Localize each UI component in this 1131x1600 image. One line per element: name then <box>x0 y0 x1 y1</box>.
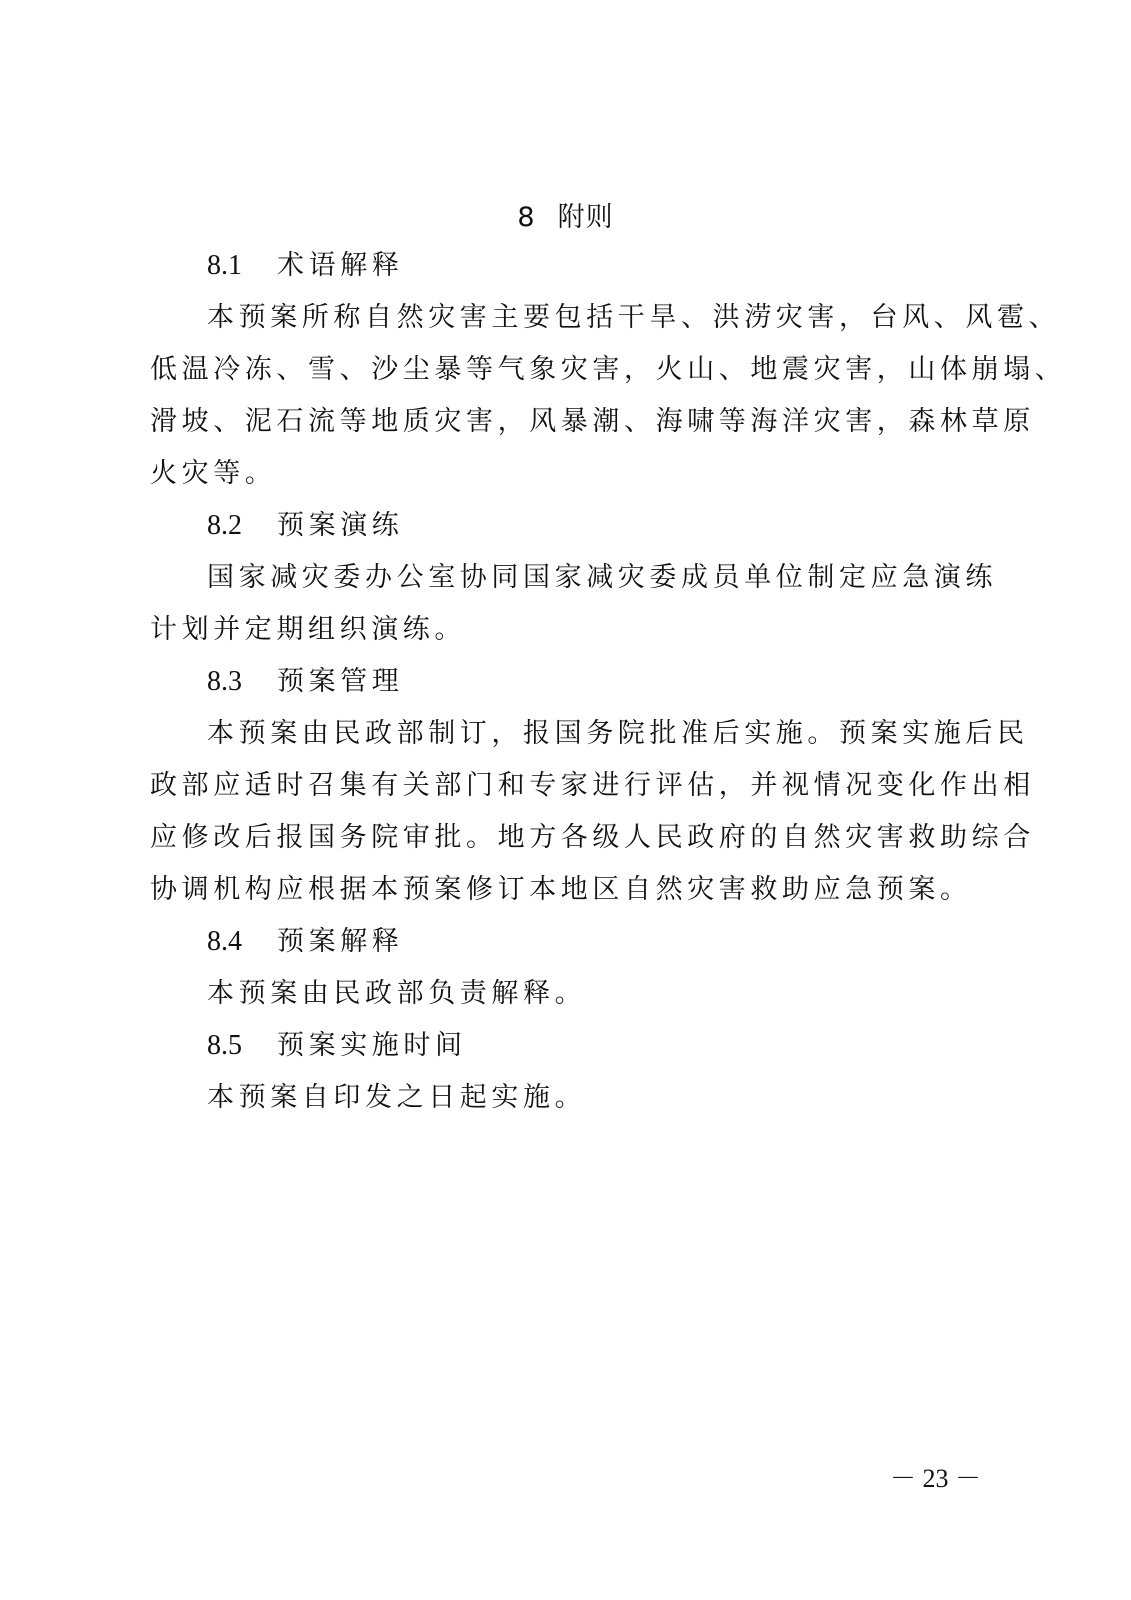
paragraph-line: 政部应适时召集有关部门和专家进行评估，并视情况变化作出相 <box>150 766 980 806</box>
chapter-number: 8 <box>517 202 535 233</box>
paragraph-line: 计划并定期组织演练。 <box>150 610 980 650</box>
page-number: － 23 － <box>890 1458 981 1495</box>
section-heading: 8.4预案解释 <box>207 922 1037 962</box>
document-page: 8附则 8.1术语解释 本预案所称自然灾害主要包括干旱、洪涝灾害，台风、风雹、 … <box>0 0 1131 1600</box>
section-heading: 8.2预案演练 <box>207 506 1037 546</box>
chapter-heading: 8附则 <box>0 195 1131 234</box>
paragraph-line: 本预案所称自然灾害主要包括干旱、洪涝灾害，台风、风雹、 <box>207 298 1037 338</box>
paragraph-line: 本预案自印发之日起实施。 <box>207 1078 1037 1118</box>
chapter-title: 附则 <box>558 202 614 233</box>
section-heading: 8.1术语解释 <box>207 246 1037 286</box>
paragraph-line: 应修改后报国务院审批。地方各级人民政府的自然灾害救助综合 <box>150 818 980 858</box>
section-heading: 8.5预案实施时间 <box>207 1026 1037 1066</box>
paragraph-line: 协调机构应根据本预案修订本地区自然灾害救助应急预案。 <box>150 870 980 910</box>
paragraph-line: 国家减灾委办公室协同国家减灾委成员单位制定应急演练 <box>207 558 1037 598</box>
paragraph-line: 火灾等。 <box>150 454 980 494</box>
paragraph-line: 本预案由民政部制订，报国务院批准后实施。预案实施后民 <box>207 714 1037 754</box>
paragraph-line: 滑坡、泥石流等地质灾害，风暴潮、海啸等海洋灾害，森林草原 <box>150 402 980 442</box>
paragraph-line: 低温冷冻、雪、沙尘暴等气象灾害，火山、地震灾害，山体崩塌、 <box>150 350 980 390</box>
paragraph-line: 本预案由民政部负责解释。 <box>207 974 1037 1014</box>
section-heading: 8.3预案管理 <box>207 662 1037 702</box>
